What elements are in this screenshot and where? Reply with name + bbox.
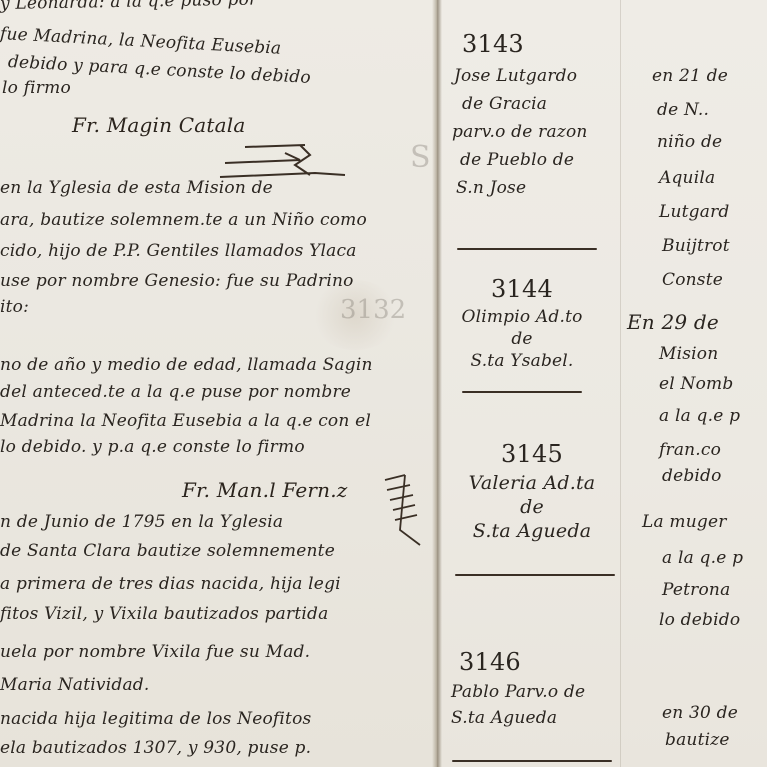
entry-line: S.ta Agueda — [447, 520, 617, 542]
manuscript-line: Conste — [662, 270, 723, 290]
manuscript-line: en la Yglesia de esta Mision de — [0, 178, 273, 198]
manuscript-line: debido — [662, 466, 722, 486]
manuscript-line: Lutgard — [659, 202, 730, 222]
manuscript-line: en 21 de — [652, 66, 728, 86]
manuscript-line: Aquila — [659, 168, 715, 188]
entry-name: Pablo Parv.o de — [451, 682, 621, 702]
manuscript-line: Mision — [659, 344, 718, 364]
manuscript-line: a la q.e p — [662, 548, 743, 568]
margin-entry-3144: 3144 Olimpio Ad.to de S.ta Ysabel. — [447, 275, 597, 371]
manuscript-line: ara, bautize solemnem.te a un Niño como — [0, 210, 367, 230]
manuscript-line: ela bautizados 1307, y 930, puse p. — [0, 738, 311, 758]
entry-line: S.n Jose — [456, 178, 606, 198]
entry-divider — [452, 760, 612, 762]
entry-line: S.ta Ysabel. — [447, 351, 597, 371]
margin-entry-3146: 3146 Pablo Parv.o de S.ta Agueda — [459, 648, 629, 728]
entry-line: de Gracia — [462, 94, 612, 114]
entry-line: S.ta Agueda — [451, 708, 621, 728]
signature-manuel-fernandez: Fr. Man.l Fern.z — [182, 478, 348, 502]
manuscript-line: fran.co — [659, 440, 721, 460]
manuscript-line: Petrona — [662, 580, 730, 600]
manuscript-line: de N.. — [657, 100, 709, 120]
manuscript-line: La muger — [642, 512, 727, 532]
manuscript-line: bautize — [665, 730, 730, 750]
manuscript-line: lo firmo — [2, 78, 71, 98]
manuscript-line: En 29 de — [627, 310, 719, 334]
manuscript-line: Madrina la Neofita Eusebia a la q.e con … — [0, 411, 371, 431]
manuscript-line: use por nombre Genesio: fue su Padrino — [0, 271, 354, 291]
entry-line: de — [447, 329, 597, 349]
manuscript-line: n de Junio de 1795 en la Yglesia — [0, 512, 283, 532]
entry-name: Valeria Ad.ta — [447, 472, 617, 494]
manuscript-line: a la q.e p — [659, 406, 740, 426]
manuscript-line: lo debido — [659, 610, 740, 630]
manuscript-line: y Leonarda: a la q.e puso por — [0, 0, 258, 14]
entry-line: de Pueblo de — [460, 150, 610, 170]
entry-divider — [462, 391, 582, 393]
manuscript-line: ito: — [0, 297, 29, 317]
manuscript-line: Maria Natividad. — [0, 675, 149, 695]
entry-line: de — [447, 496, 617, 518]
entry-line: parv.o de razon — [452, 122, 602, 142]
signature-rubric — [375, 470, 435, 560]
manuscript-line: del anteced.te a la q.e puse por nombre — [0, 382, 351, 402]
margin-entry-3145: 3145 Valeria Ad.ta de S.ta Agueda — [447, 440, 617, 542]
manuscript-line: Buijtrot — [662, 236, 730, 256]
entry-name: Olimpio Ad.to — [447, 307, 597, 327]
manuscript-line: de Santa Clara bautize solemnemente — [0, 541, 335, 561]
entry-number: 3144 — [447, 275, 597, 303]
margin-column-rule — [620, 0, 621, 767]
right-page: 3143 Jose Lutgardo de Gracia parv.o de r… — [437, 0, 767, 767]
left-page: 3132 S y Leonarda: a la q.e puso por fue… — [0, 0, 437, 767]
signature-magin-catala: Fr. Magin Catala — [72, 113, 246, 137]
entry-name: Jose Lutgardo — [454, 66, 604, 86]
manuscript-line: cido, hijo de P.P. Gentiles llamados Yla… — [0, 241, 357, 261]
entry-number: 3145 — [447, 440, 617, 468]
book-gutter — [432, 0, 442, 767]
manuscript-line: niño de — [657, 132, 722, 152]
entry-number: 3143 — [462, 30, 612, 58]
bleed-through-number: 3132 — [340, 295, 406, 325]
manuscript-line: el Nomb — [659, 374, 733, 394]
manuscript-line: nacida hija legitima de los Neofitos — [0, 709, 311, 729]
entry-number: 3146 — [459, 648, 629, 676]
manuscript-line: en 30 de — [662, 703, 738, 723]
margin-entry-3143: 3143 Jose Lutgardo de Gracia parv.o de r… — [462, 30, 612, 198]
manuscript-line: lo debido. y p.a q.e conste lo firmo — [0, 437, 305, 457]
manuscript-line: a primera de tres dias nacida, hija legi — [0, 574, 341, 594]
manuscript-line: uela por nombre Vixila fue su Mad. — [0, 642, 310, 662]
entry-divider — [457, 248, 597, 250]
bleed-through-mark: S — [410, 140, 431, 175]
manuscript-line: no de año y medio de edad, llamada Sagin — [0, 355, 373, 375]
manuscript-line: fitos Vizil, y Vixila bautizados partida — [0, 604, 328, 624]
entry-divider — [455, 574, 615, 576]
